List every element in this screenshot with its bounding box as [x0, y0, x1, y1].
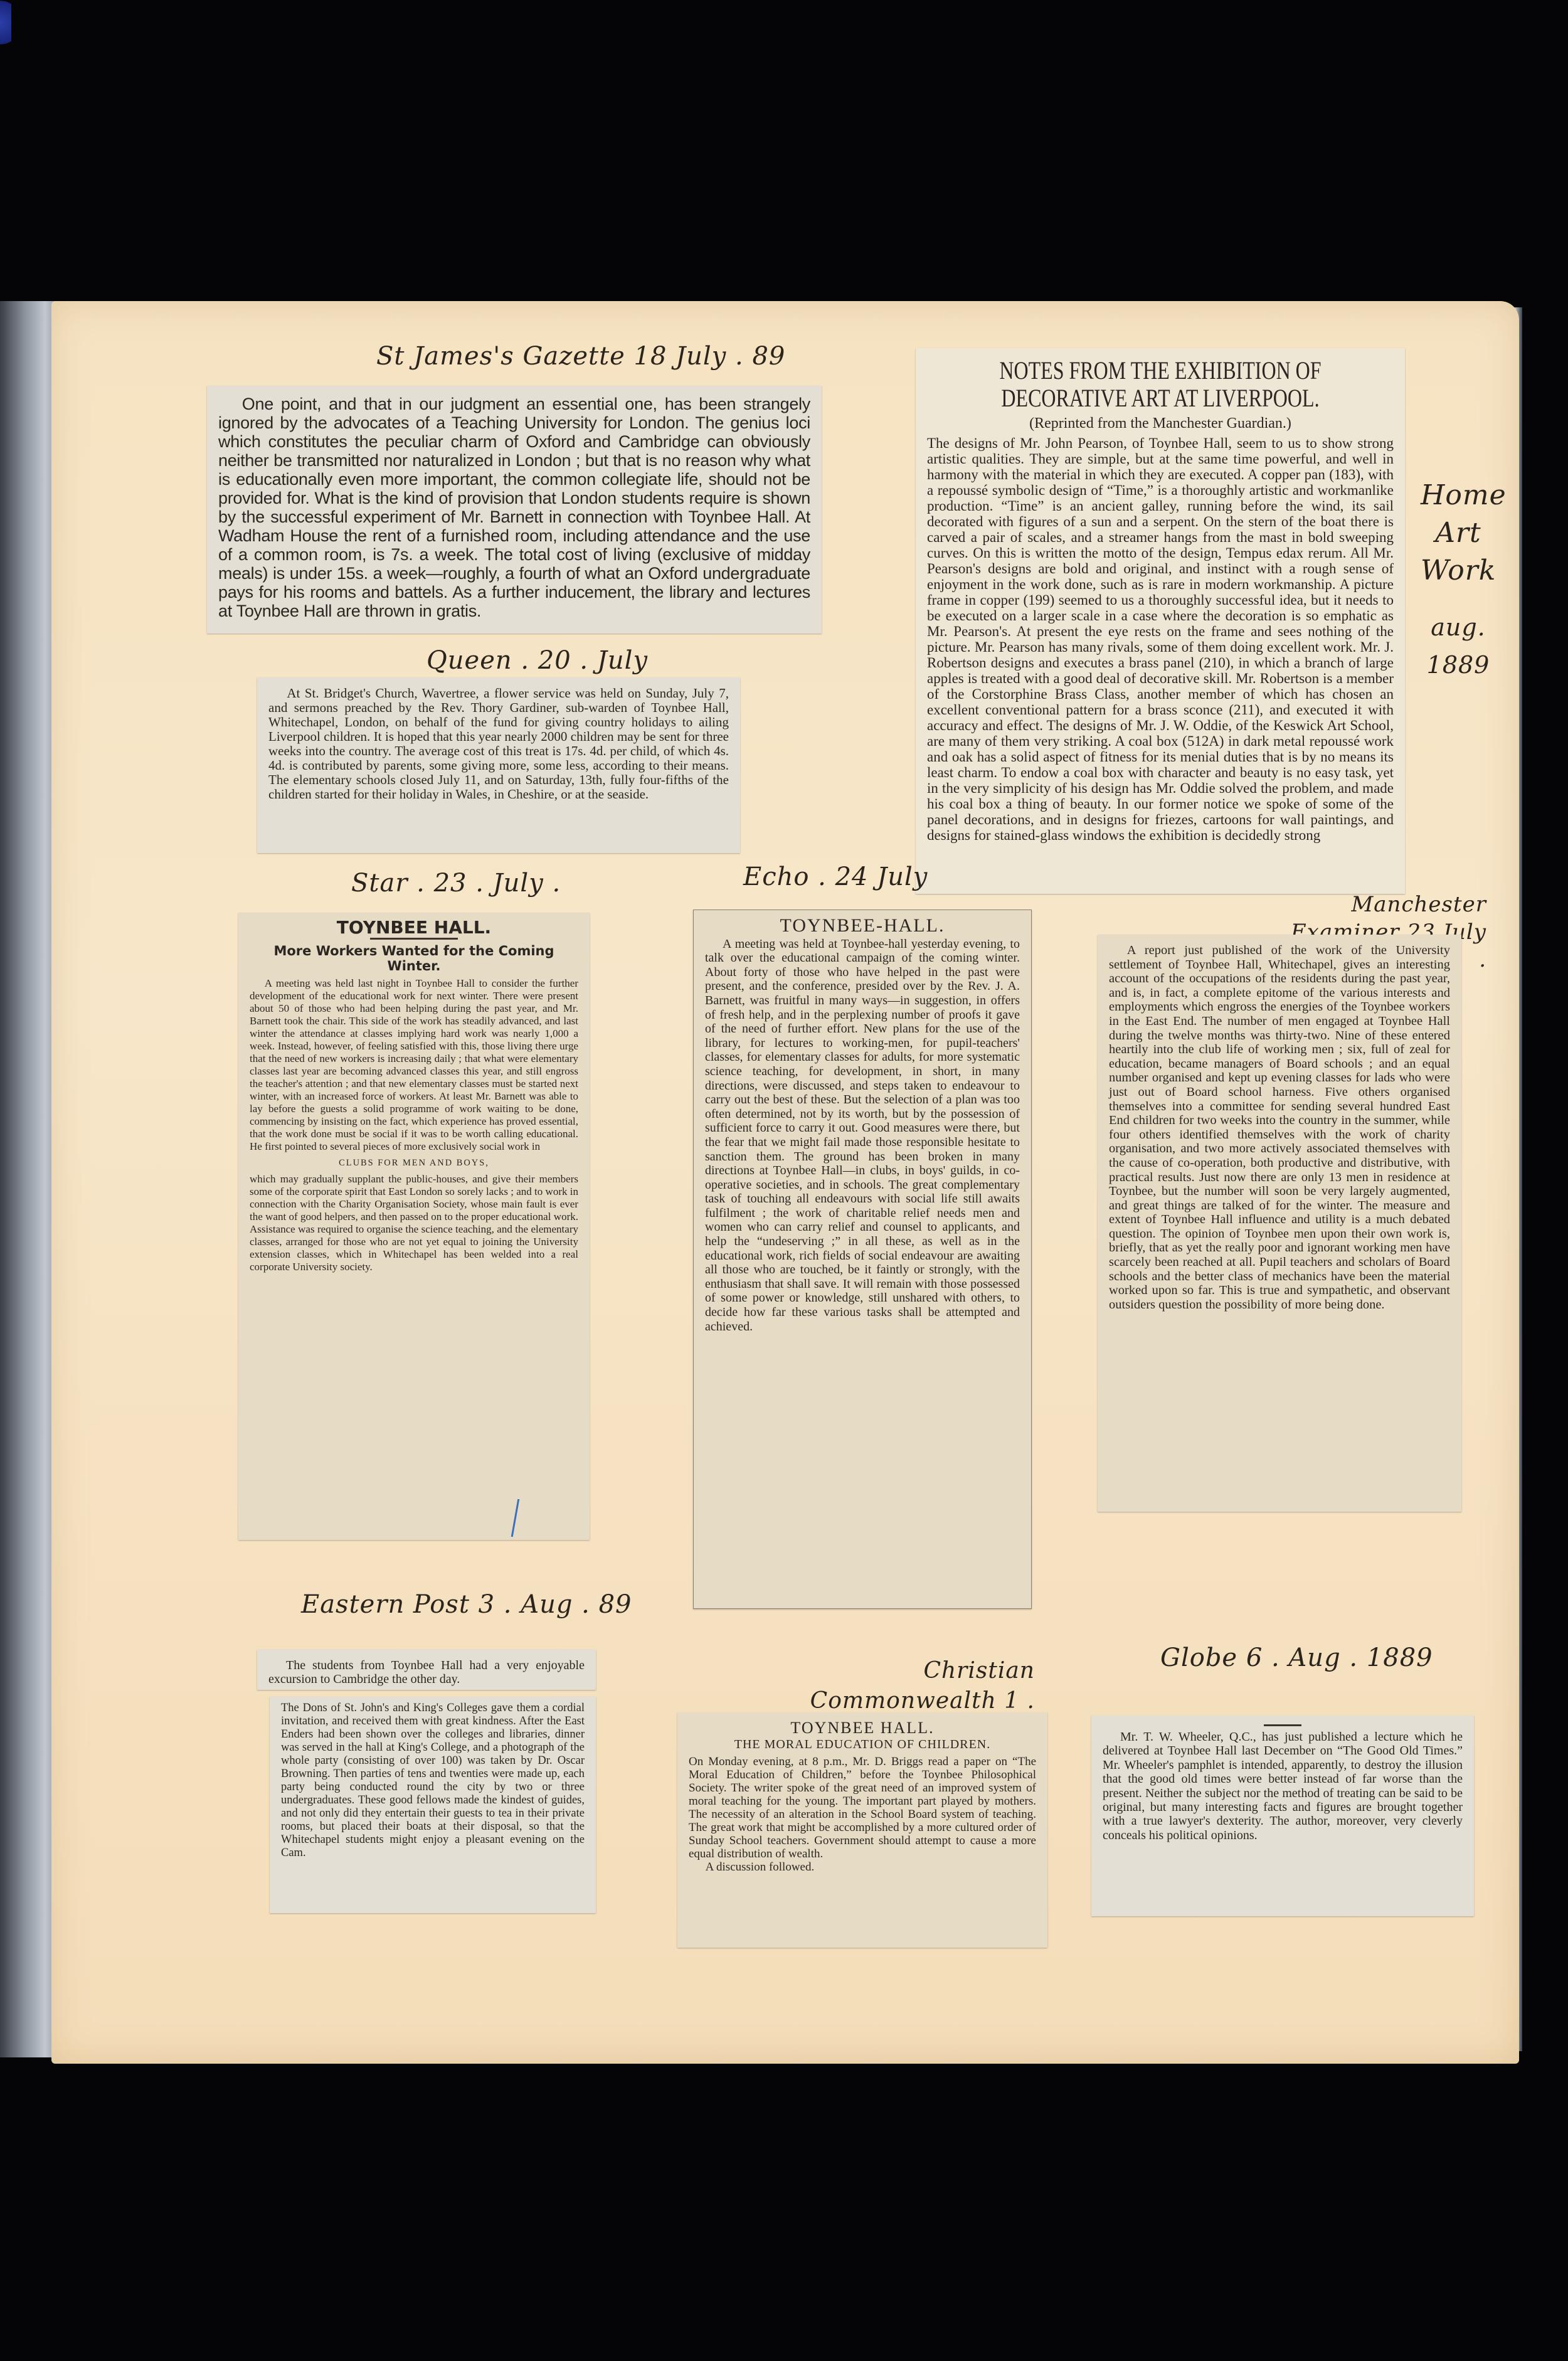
source-annotation: Queen . 20 . July: [426, 646, 648, 675]
clipping-st-james-gazette: One point, and that in our judgment an e…: [207, 386, 822, 634]
clipping-body: On Monday evening, at 8 p.m., Mr. D. Bri…: [689, 1755, 1036, 1860]
book-spine: [0, 301, 56, 2057]
clipping-star: TOYNBEE HALL. More Workers Wanted for th…: [238, 913, 590, 1540]
clipping-eastern-post: The Dons of St. John's and King's Colleg…: [270, 1697, 596, 1913]
side-note-line: 1889: [1421, 646, 1496, 684]
side-note-line: Work: [1421, 552, 1496, 590]
clipping-body: A meeting was held at Toynbee-hall yeste…: [705, 937, 1020, 1334]
section-heading: CLUBS FOR MEN AND BOYS,: [250, 1157, 578, 1169]
clipping-body: The designs of Mr. John Pearson, of Toyn…: [927, 435, 1394, 843]
divider: [1264, 1724, 1301, 1726]
clipping-title: TOYNBEE HALL.: [689, 1721, 1036, 1734]
side-note-line: Art: [1421, 514, 1496, 552]
clipping-eastern-post-lead: The students from Toynbee Hall had a ver…: [257, 1650, 596, 1690]
clipping-body: Mr. T. W. Wheeler, Q.C., has just publis…: [1103, 1730, 1463, 1842]
clipping-queen: At St. Bridget's Church, Wavertree, a fl…: [257, 677, 740, 853]
clipping-decorative-art: NOTES FROM THE EXHIBITION OF DECORATIVE …: [916, 348, 1405, 894]
clipping-title: NOTES FROM THE EXHIBITION OF DECORATIVE …: [973, 357, 1347, 412]
clipping-christian-commonwealth: TOYNBEE HALL. THE MORAL EDUCATION OF CHI…: [677, 1712, 1047, 1948]
thumb-edge: [0, 0, 11, 56]
side-note: Home Art Work aug. 1889: [1421, 477, 1496, 684]
divider: [370, 938, 458, 940]
clipping-lead: The students from Toynbee Hall had a ver…: [268, 1658, 585, 1686]
clipping-body: The Dons of St. John's and King's Colleg…: [281, 1702, 585, 1860]
clipping-title: TOYNBEE HALL.: [250, 921, 578, 934]
clipping-subtitle: THE MORAL EDUCATION OF CHILDREN.: [689, 1738, 1036, 1751]
side-note-line: Home: [1421, 477, 1496, 514]
clipping-subtitle: (Reprinted from the Manchester Guardian.…: [927, 416, 1394, 432]
clipping-globe: Mr. T. W. Wheeler, Q.C., has just publis…: [1091, 1716, 1474, 1916]
source-annotation: Star . 23 . July .: [351, 869, 561, 898]
source-annotation: Globe 6 . Aug . 1889: [1160, 1643, 1433, 1672]
blue-pencil-mark: [511, 1499, 551, 1537]
source-annotation: St James's Gazette 18 July . 89: [376, 342, 785, 371]
clipping-echo: TOYNBEE-HALL. A meeting was held at Toyn…: [693, 910, 1032, 1609]
source-annotation: Eastern Post 3 . Aug . 89: [301, 1590, 632, 1619]
clipping-closing: A discussion followed.: [689, 1860, 1036, 1874]
source-annotation: Echo . 24 July: [743, 862, 928, 891]
clipping-body: which may gradually supplant the public-…: [250, 1173, 578, 1273]
clipping-body: A report just published of the work of t…: [1109, 943, 1450, 1312]
clipping-body: One point, and that in our judgment an e…: [218, 395, 810, 620]
clipping-body: At St. Bridget's Church, Wavertree, a fl…: [268, 686, 729, 802]
clipping-subtitle: More Workers Wanted for the Coming Winte…: [250, 943, 578, 974]
side-note-line: aug.: [1421, 608, 1496, 646]
clipping-body: A meeting was held last night in Toynbee…: [250, 977, 578, 1153]
clipping-manchester-examiner: A report just published of the work of t…: [1098, 935, 1461, 1512]
clipping-title: TOYNBEE-HALL.: [705, 919, 1020, 933]
